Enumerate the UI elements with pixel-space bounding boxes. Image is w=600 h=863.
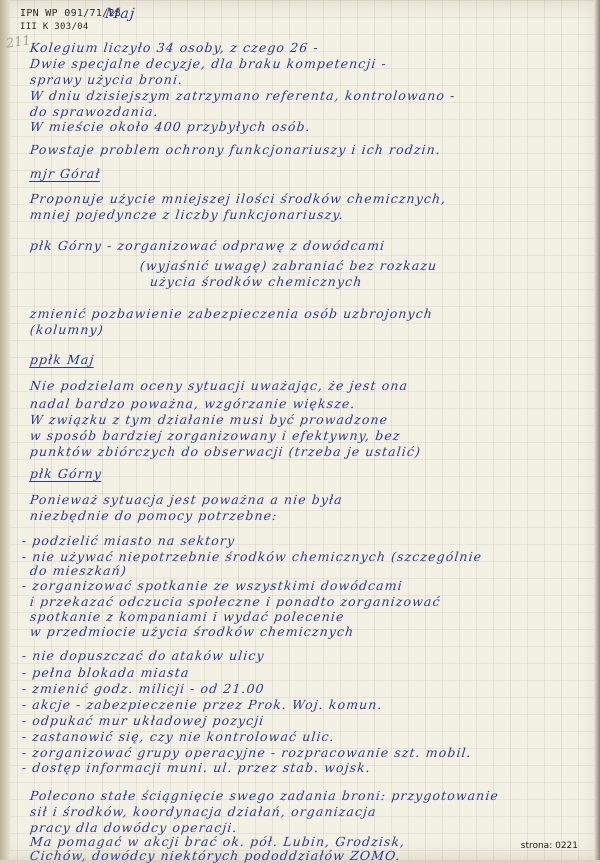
handwritten-line: - odpukać mur układowej pozycji (21, 713, 265, 728)
handwritten-line: - nie używać niepotrzebnie środków chemi… (21, 549, 483, 564)
handwritten-line: Polecono stałe ściągnięcie swego zadania… (29, 788, 500, 803)
handwritten-line: w przedmiocie użycia środków chemicznych (29, 624, 355, 639)
handwritten-line: - zmienić godz. milicji - od 21.00 (21, 681, 265, 696)
handwritten-line: - akcje - zabezpieczenie przez Prok. Woj… (21, 697, 383, 712)
page-number-label: strona: 0221 (521, 841, 578, 851)
handwritten-line: spotkanie z kompaniami i wydać polecenie (29, 609, 345, 624)
archive-reference-stamp: III K 303/04 (20, 22, 89, 32)
notebook-binding (0, 0, 10, 860)
handwritten-line: do sprawozdania. (29, 104, 159, 119)
handwritten-line: nadal bardzo poważna, wzgórzanie większe… (29, 396, 356, 411)
page-edge (594, 0, 600, 860)
handwritten-line: w sposób bardziej zorganizowany i efekty… (29, 428, 401, 443)
handwritten-line: - dostęp informacji muni. ul. przez stab… (21, 760, 372, 775)
handwritten-line: Ponieważ sytuacja jest poważna a nie był… (29, 492, 343, 507)
handwritten-line: W związku z tym działanie musi być prowa… (29, 412, 389, 427)
handwritten-line: i przekazać odczucia społeczne i ponadto… (29, 594, 441, 609)
handwritten-line: Kolegium liczyło 34 osoby, z czego 26 - (29, 40, 319, 55)
handwritten-line: Nie podzielam oceny sytuacji uważając, ż… (29, 378, 409, 393)
handwritten-line: Cichów, dowódcy niektórych pododdziałów … (29, 848, 401, 860)
handwritten-line: - podzielić miasto na sektory (21, 533, 236, 548)
handwritten-line: W mieście około 400 przybyłych osób. (29, 119, 311, 134)
handwritten-line: Powstaje problem ochrony funkcjonariuszy… (29, 142, 442, 157)
handwritten-line: - zastanowić się, czy nie kontrolować ul… (21, 729, 335, 744)
handwritten-line: (wyjaśnić uwagę) zabraniać bez rozkazu (139, 258, 438, 273)
speaker-heading: płk Górny (29, 466, 103, 481)
handwritten-line: sprawy użycia broni. (29, 72, 184, 87)
handwritten-line: Ma pomagać w akcji brać ok. pół. Lubin, … (29, 834, 406, 849)
handwritten-line: do mieszkań) (29, 563, 127, 578)
handwritten-line: zmienić pozbawienie zabezpieczenia osób … (29, 306, 434, 321)
handwritten-line: Proponuje użycie mniejszej ilości środkó… (29, 191, 447, 206)
page-header-name: Maj (104, 6, 136, 22)
handwritten-line: pracy dla dowódcy operacji. (29, 820, 238, 835)
handwritten-line: mniej pojedyncze z liczby funkcjonariusz… (29, 207, 345, 222)
handwritten-line: - nie dopuszczać do ataków ulicy (21, 648, 265, 663)
notebook-page: IPN WP 091/71/28 III K 303/04 211 Maj Ko… (0, 0, 600, 860)
handwritten-line: płk Górny - zorganizować odprawę z dowód… (29, 238, 386, 253)
pencil-folio-number: 211 (5, 33, 32, 51)
handwritten-line: Dwie specjalne decyzje, dla braku kompet… (29, 56, 388, 71)
handwritten-line: - zorganizować grupy operacyjne - rozpra… (21, 745, 472, 760)
handwritten-line: sił i środków, koordynacja działań, orga… (29, 804, 377, 819)
handwritten-line: - pełna blokada miasta (21, 665, 190, 680)
handwritten-line: - zorganizować spotkanie ze wszystkimi d… (21, 578, 403, 593)
speaker-heading: ppłk Maj (29, 352, 95, 367)
handwritten-line: niezbędnie do pomocy potrzebne: (29, 508, 278, 523)
speaker-heading: mjr Górał (29, 166, 101, 181)
handwritten-line: użycia środków chemicznych (149, 274, 363, 289)
handwritten-line: (kolumny) (29, 322, 104, 337)
handwritten-line: W dniu dzisiejszym zatrzymano referenta,… (29, 88, 456, 103)
handwritten-line: punktów zbiórczych do obserwacji (trzeba… (29, 444, 422, 459)
